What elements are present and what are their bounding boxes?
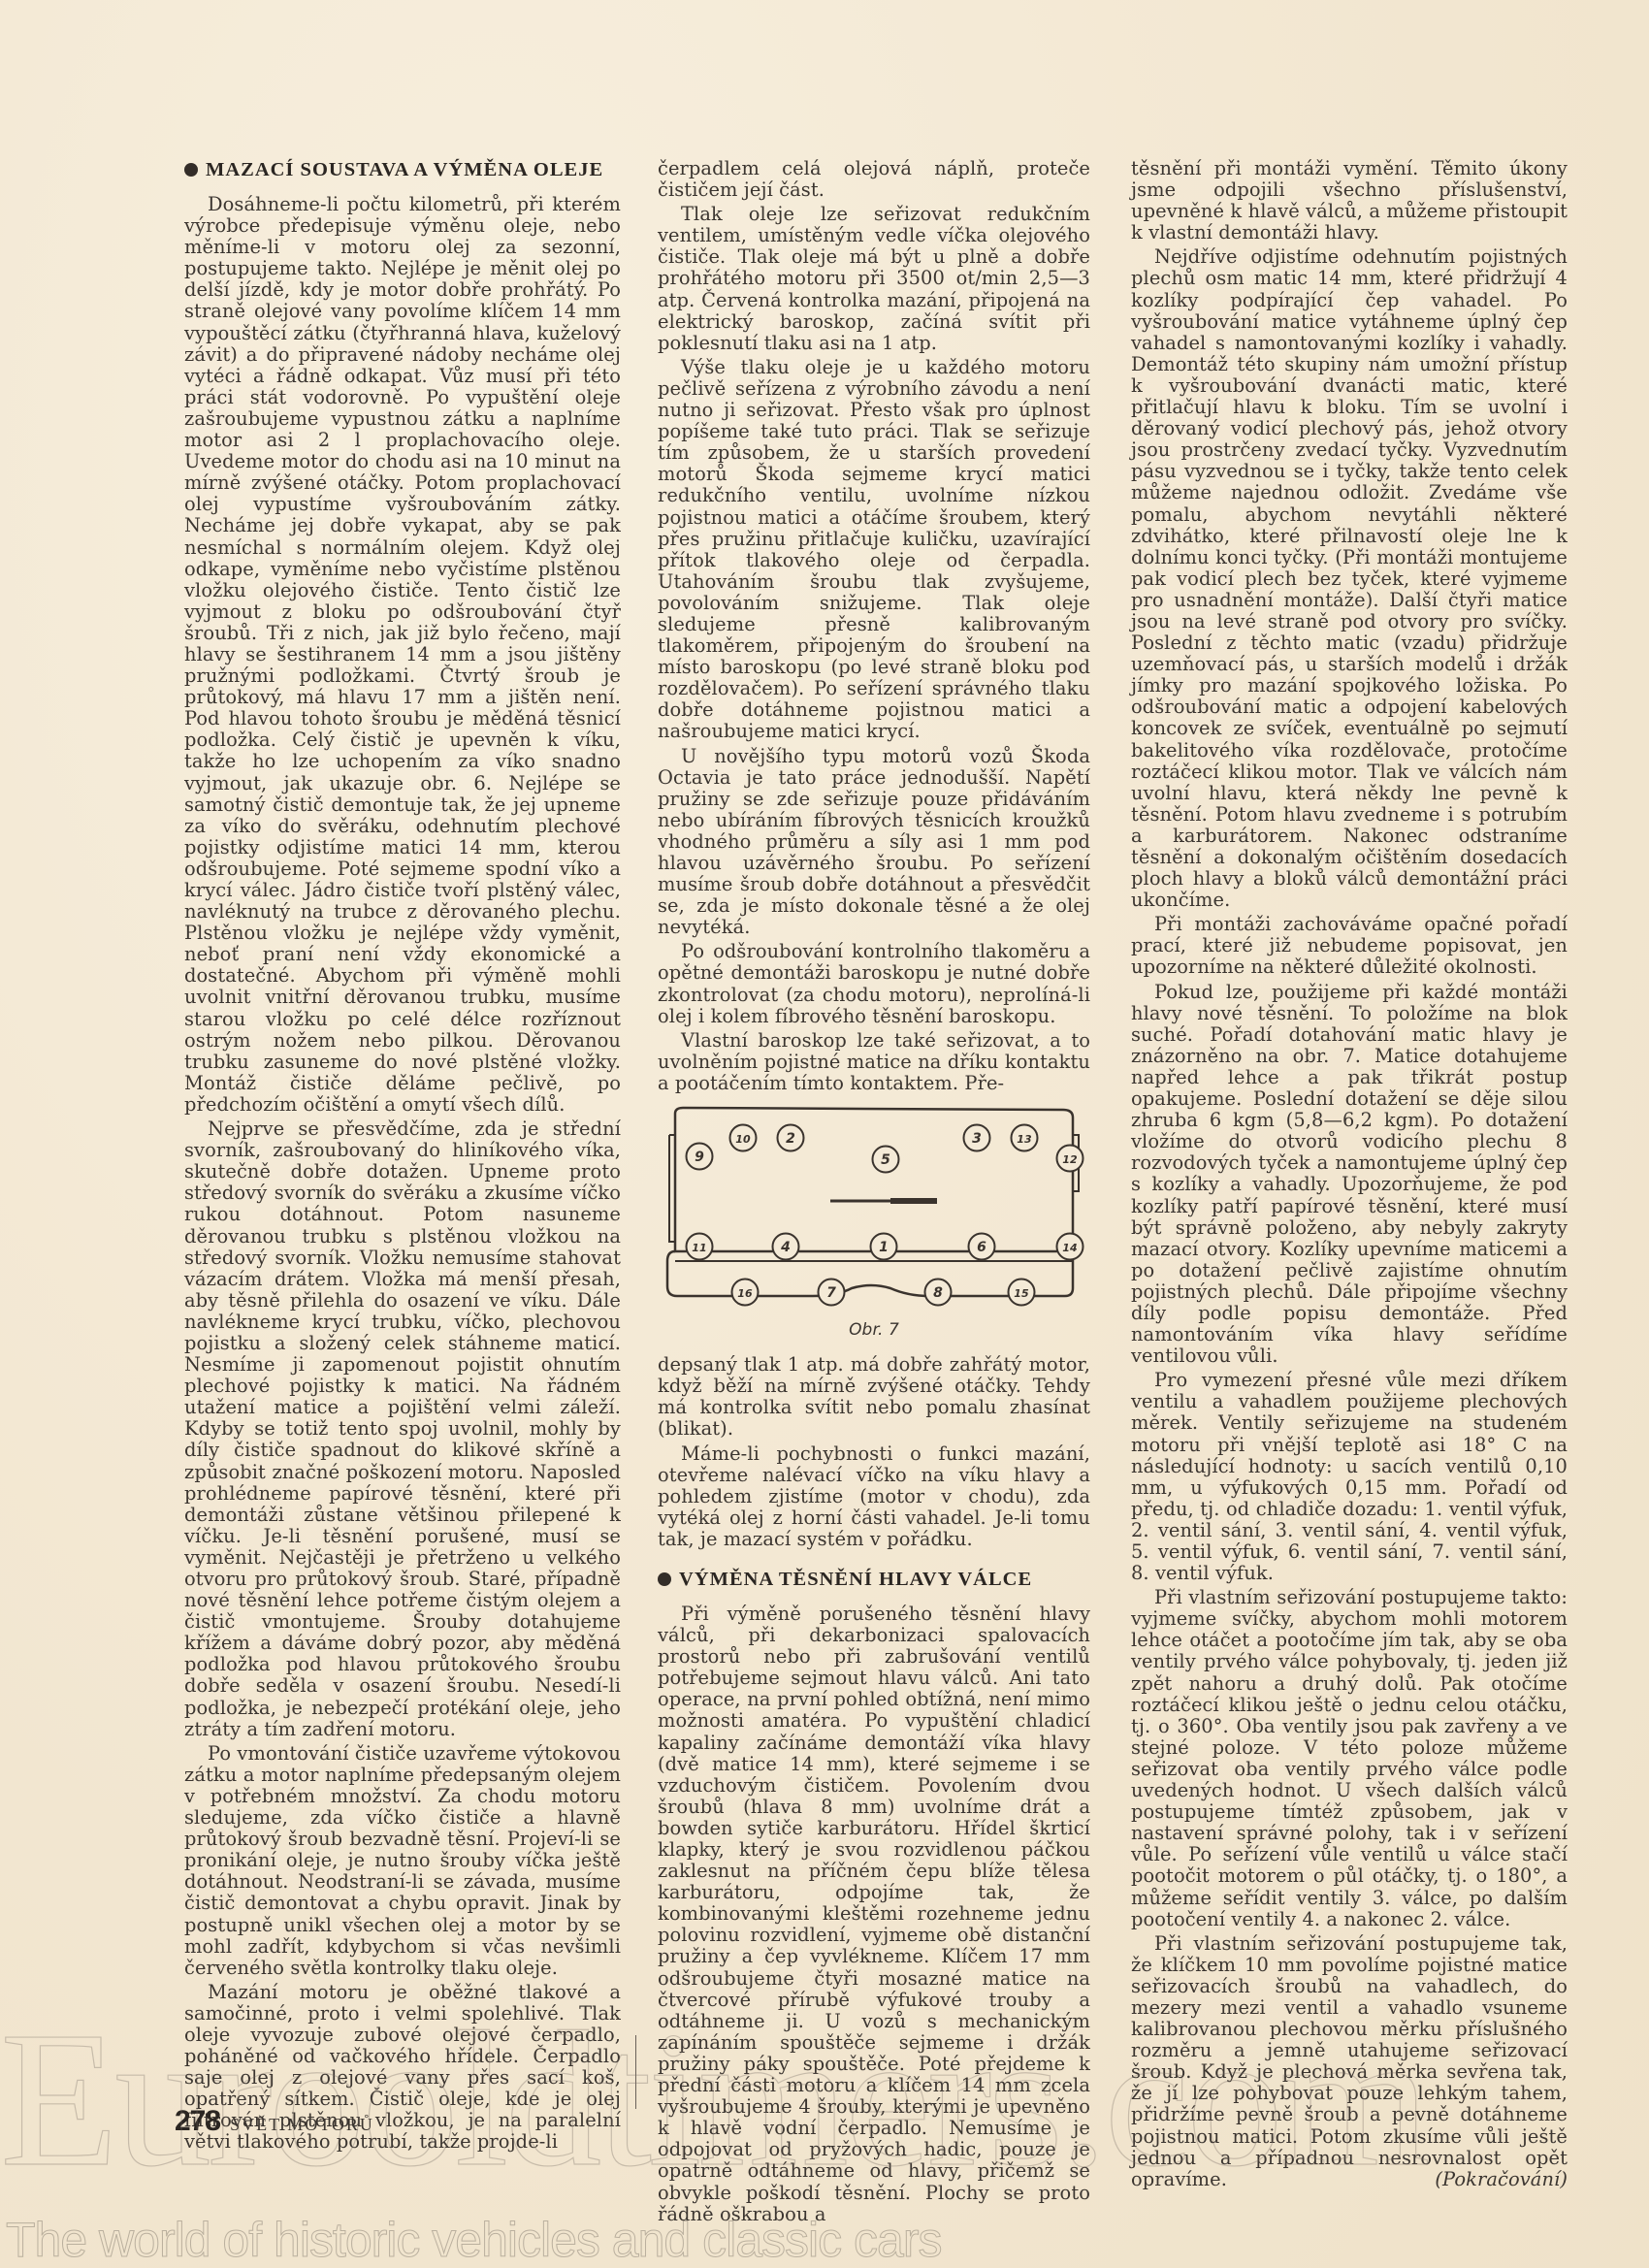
paragraph-continued: těsnění při montáži vymění. Těmito úkony…	[1131, 158, 1568, 243]
section-heading-head-gasket: VÝMĚNA TĚSNĚNÍ HLAVY VÁLCE	[658, 1570, 1090, 1590]
bolt-11: 11	[687, 1234, 713, 1260]
paragraph: Při výměně porušeného těsnění hlavy válc…	[658, 1604, 1090, 2225]
paragraph: Vlastní baroskop lze také seřizovat, a t…	[658, 1030, 1090, 1094]
paragraph: Pro vymezení přesné vůle mezi dříkem ven…	[1131, 1370, 1568, 1584]
paragraph-continued: depsaný tlak 1 atp. má dobře zahřátý mot…	[658, 1354, 1090, 1440]
paragraph-last: Při vlastním seřizování postupujeme tak,…	[1131, 1933, 1568, 2190]
paragraph: U novějšího typu motorů vozů Škoda Octav…	[658, 746, 1090, 939]
svg-text:3: 3	[972, 1131, 982, 1147]
bolt-16: 16	[732, 1280, 759, 1306]
column-2: čerpadlem celá olejová náplň, proteče či…	[658, 158, 1090, 2225]
bolt-12: 12	[1057, 1146, 1083, 1172]
column-rule	[635, 2035, 636, 2109]
paragraph: Dosáhneme-li počtu kilometrů, při kterém…	[184, 194, 621, 1116]
bolt-8: 8	[925, 1280, 952, 1306]
svg-text:10: 10	[735, 1133, 751, 1146]
svg-text:7: 7	[826, 1285, 836, 1301]
svg-text:9: 9	[695, 1150, 704, 1165]
paragraph: Nejprve se přesvědčíme, zda je střední s…	[184, 1118, 621, 1740]
section-heading-lubrication: MAZACÍ SOUSTAVA A VÝMĚNA OLEJE	[184, 160, 621, 180]
bolt-6: 6	[969, 1234, 995, 1260]
bolt-7: 7	[819, 1280, 845, 1306]
paragraph: Po vmontování čističe uzavřeme výtokovou…	[184, 1743, 621, 1979]
paragraph: Nejdříve odjistíme odehnutím pojistných …	[1131, 246, 1568, 911]
svg-text:16: 16	[737, 1287, 753, 1300]
continued-note: (Pokračování)	[1411, 2169, 1568, 2190]
bolt-5: 5	[873, 1147, 899, 1173]
svg-text:5: 5	[881, 1152, 890, 1168]
svg-text:2: 2	[786, 1131, 795, 1147]
bolt-2: 2	[778, 1125, 804, 1151]
bullet-icon	[658, 1572, 671, 1586]
svg-text:11: 11	[692, 1242, 707, 1254]
paragraph: Po odšroubování kontrolního tlakoměru a …	[658, 941, 1090, 1026]
paragraph-continued: čerpadlem celá olejová náplň, proteče či…	[658, 158, 1090, 201]
figure-caption: Obr. 7	[658, 1319, 1090, 1341]
page-number: 278	[175, 2105, 220, 2138]
svg-text:13: 13	[1017, 1133, 1032, 1146]
svg-text:1: 1	[879, 1240, 889, 1255]
column-1: MAZACÍ SOUSTAVA A VÝMĚNA OLEJE Dosáhneme…	[184, 158, 621, 2154]
svg-text:12: 12	[1062, 1153, 1078, 1166]
bolt-14: 14	[1057, 1234, 1083, 1260]
svg-text:14: 14	[1062, 1242, 1078, 1254]
bolt-10: 10	[730, 1125, 757, 1151]
cylinder-head-diagram: 91025313121141614167815	[658, 1106, 1090, 1319]
bolt-15: 15	[1009, 1280, 1035, 1306]
svg-text:6: 6	[977, 1240, 986, 1255]
column-3: těsnění při montáži vymění. Těmito úkony…	[1131, 158, 1568, 2190]
svg-text:15: 15	[1014, 1287, 1029, 1300]
bolt-1: 1	[871, 1234, 897, 1260]
page-footer: 278 SVĚT MOTORŮ	[175, 2105, 374, 2138]
bolt-9: 9	[687, 1144, 713, 1170]
paragraph: Výše tlaku oleje je u každého motoru peč…	[658, 357, 1090, 743]
paragraph: Máme-li pochybnosti o funkci mazání, ote…	[658, 1443, 1090, 1550]
paragraph: Pokud lze, použijeme při každé montáži h…	[1131, 982, 1568, 1368]
paragraph: Při montáži zachováváme opačné pořadí pr…	[1131, 914, 1568, 978]
bolt-13: 13	[1012, 1125, 1038, 1151]
figure-cylinder-head-bolt-order: 91025313121141614167815	[658, 1106, 1090, 1319]
bolt-4: 4	[773, 1234, 799, 1260]
bullet-icon	[184, 163, 198, 177]
magazine-name: SVĚT MOTORŮ	[230, 2115, 374, 2135]
paragraph: Tlak oleje lze seřizovat redukčním venti…	[658, 204, 1090, 354]
paragraph: Při vlastním seřizování postupujeme takt…	[1131, 1587, 1568, 1930]
svg-text:4: 4	[780, 1240, 791, 1255]
bolt-3: 3	[964, 1125, 990, 1151]
svg-text:8: 8	[933, 1285, 943, 1301]
